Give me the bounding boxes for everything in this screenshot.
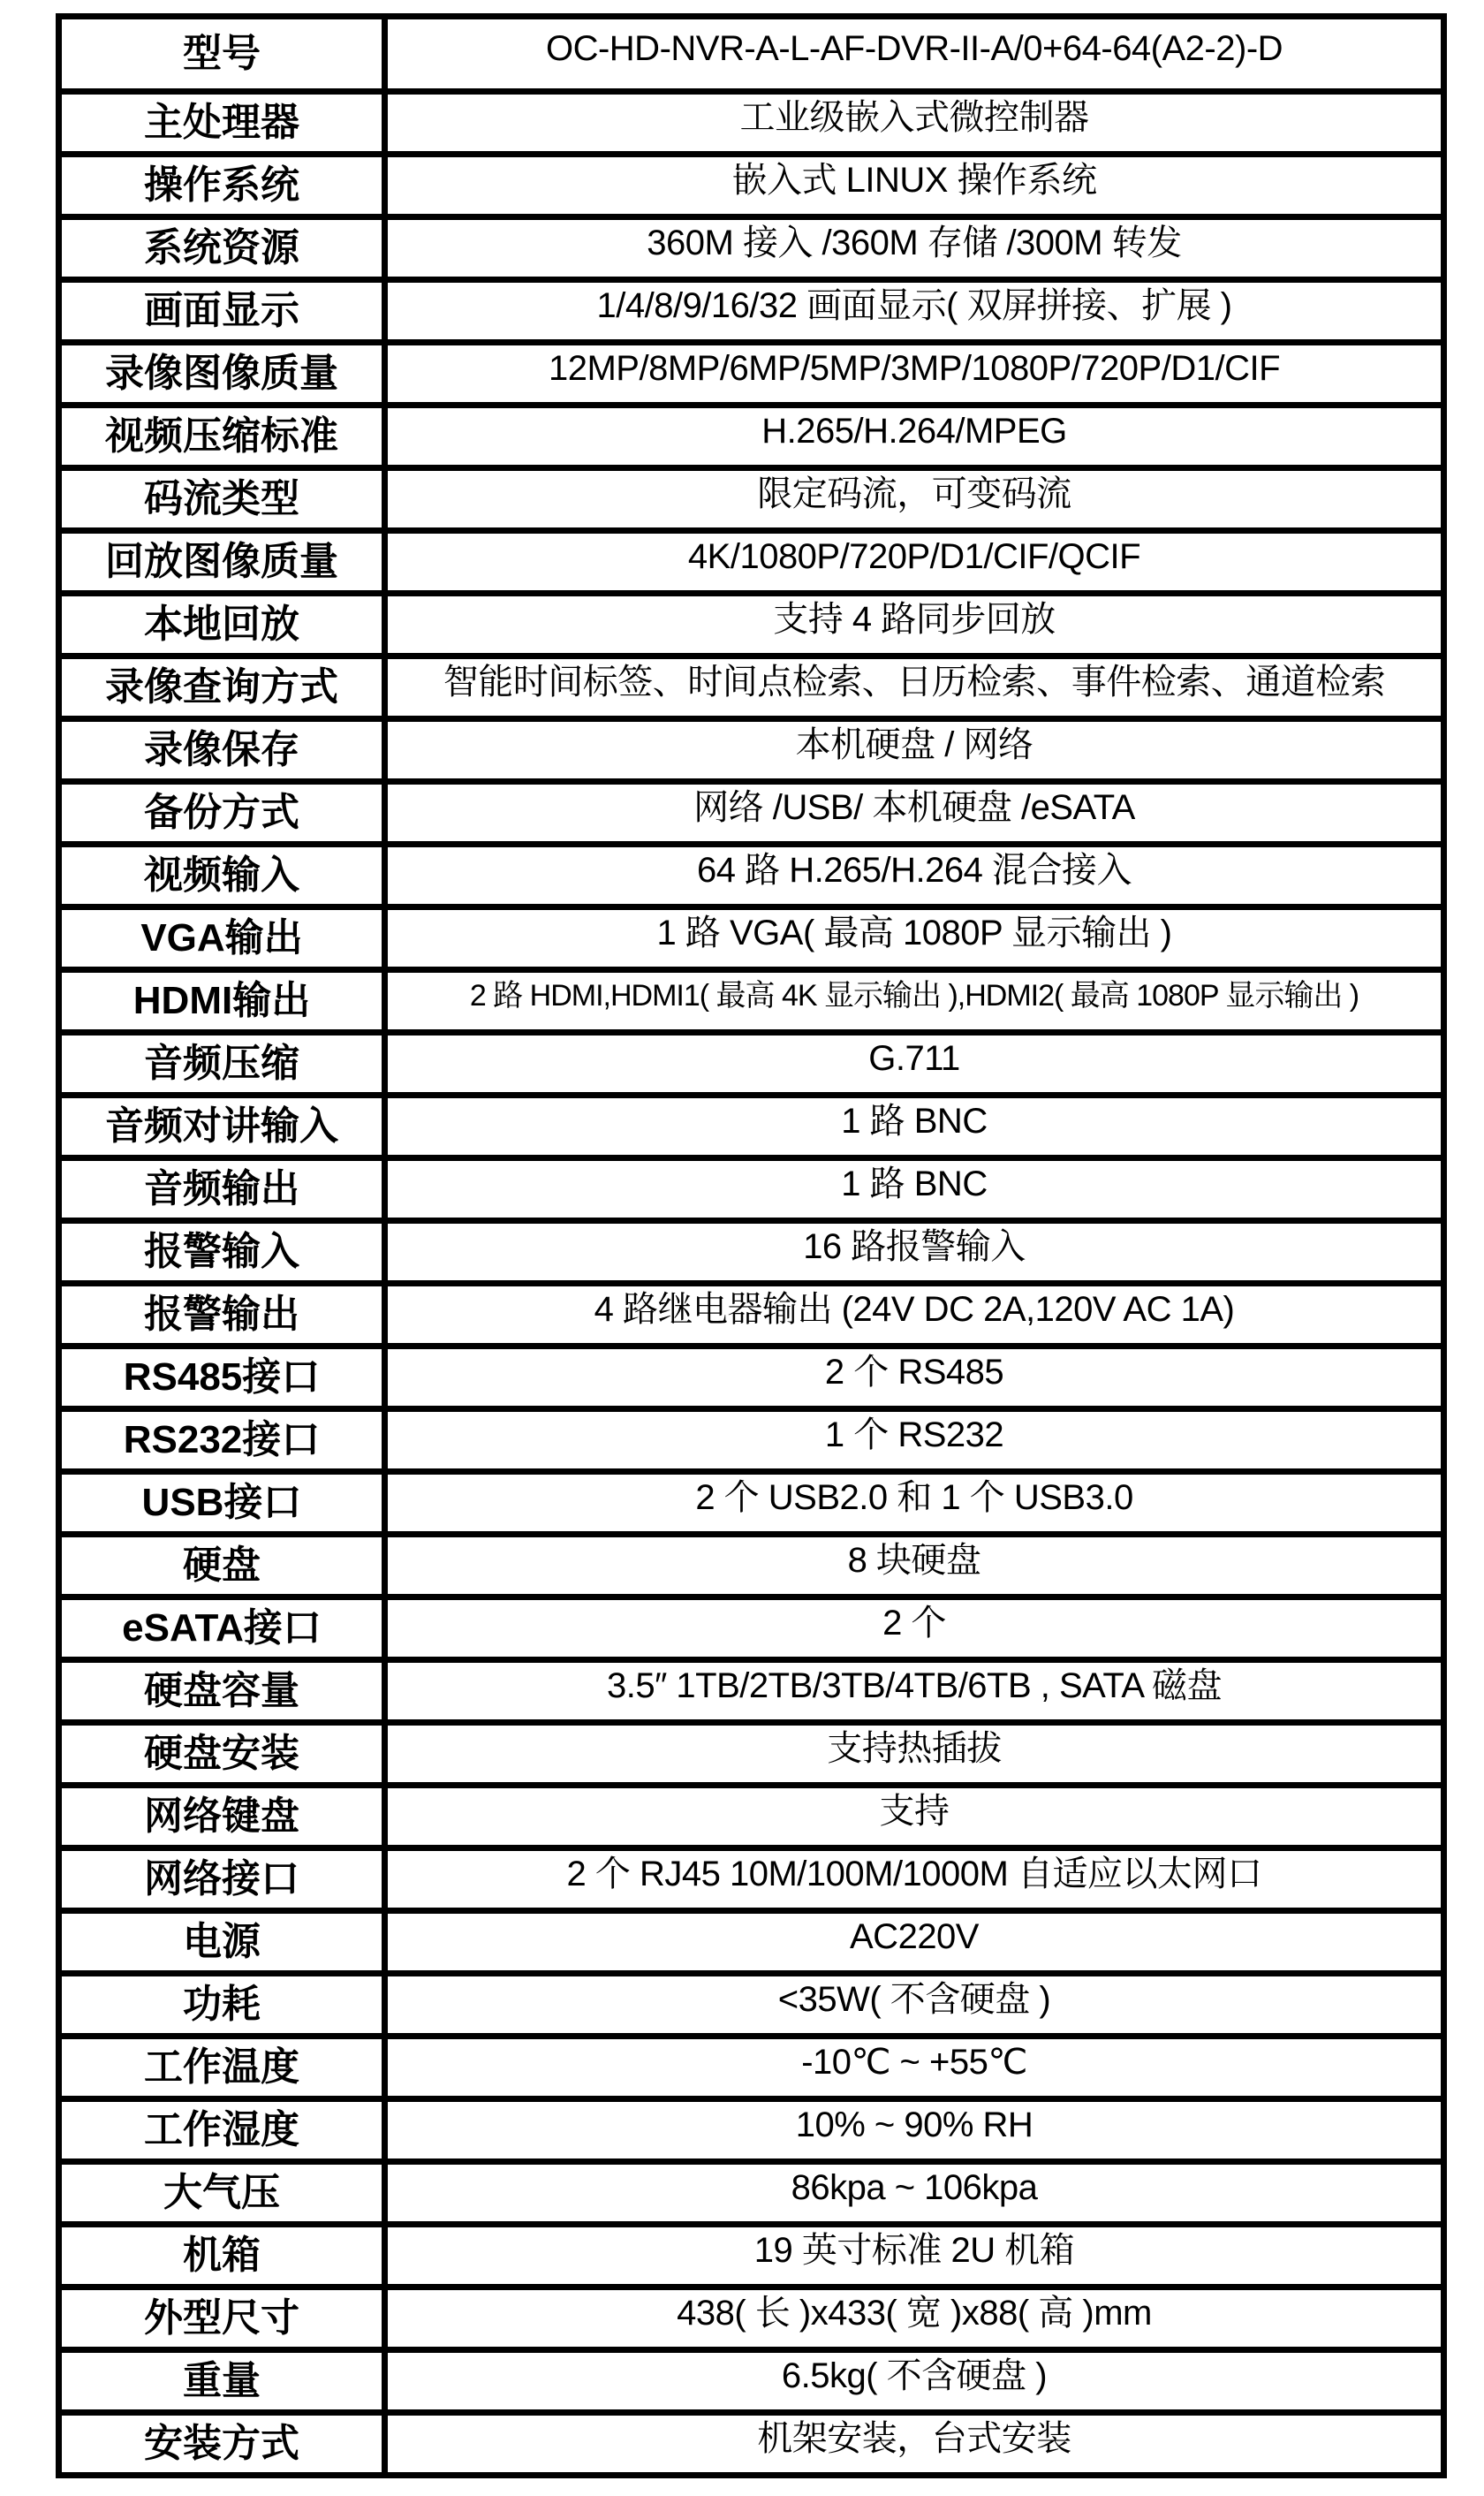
table-row: 网络接口2 个 RJ45 10M/100M/1000M 自适应以太网口 [59,1848,1444,1911]
spec-value: <35W( 不含硬盘 ) [397,1982,1432,2017]
table-row: 音频压缩G.711 [59,1033,1444,1096]
table-row: 大气压86kpa ~ 106kpa [59,2162,1444,2225]
spec-label-cell: 备份方式 [59,782,385,845]
table-row: 型号OC-HD-NVR-A-L-AF-DVR-II-A/0+64-64(A2-2… [59,17,1444,92]
spec-sheet: 型号OC-HD-NVR-A-L-AF-DVR-II-A/0+64-64(A2-2… [56,13,1447,2478]
spec-label: 报警输出 [71,1295,373,1334]
spec-label: 视频输入 [71,856,373,895]
spec-label: 备份方式 [71,793,373,832]
spec-value: 2 个 USB2.0 和 1 个 USB3.0 [397,1480,1432,1515]
spec-label: HDMI输出 [71,982,373,1020]
spec-label: 录像保存 [71,731,373,770]
spec-label-cell: 音频对讲输入 [59,1096,385,1158]
table-row: RS485接口2 个 RS485 [59,1347,1444,1409]
spec-value-cell: 1 个 RS232 [385,1409,1444,1472]
spec-label-cell: 报警输出 [59,1284,385,1347]
spec-value: 4K/1080P/720P/D1/CIF/QCIF [397,539,1432,574]
spec-value: 64 路 H.265/H.264 混合接入 [397,853,1432,888]
spec-label: RS232接口 [71,1421,373,1460]
spec-label: 外型尺寸 [71,2299,373,2338]
spec-label-cell: 系统资源 [59,217,385,280]
table-row: 工作温度-10℃ ~ +55℃ [59,2037,1444,2099]
table-row: 视频压缩标准H.265/H.264/MPEG [59,406,1444,468]
spec-value: 6.5kg( 不含硬盘 ) [397,2358,1432,2394]
spec-label: 录像图像质量 [71,354,373,393]
table-row: 网络键盘支持 [59,1786,1444,1848]
table-row: 硬盘8 块硬盘 [59,1535,1444,1597]
spec-label-cell: 录像查询方式 [59,656,385,719]
spec-value-cell: 64 路 H.265/H.264 混合接入 [385,845,1444,907]
spec-label-cell: 工作温度 [59,2037,385,2099]
spec-label-cell: 大气压 [59,2162,385,2225]
table-row: 工作湿度10% ~ 90% RH [59,2099,1444,2162]
table-row: 备份方式网络 /USB/ 本机硬盘 /eSATA [59,782,1444,845]
spec-label-cell: 功耗 [59,1974,385,2037]
table-row: 回放图像质量4K/1080P/720P/D1/CIF/QCIF [59,531,1444,594]
table-row: 硬盘容量3.5″ 1TB/2TB/3TB/4TB/6TB , SATA 磁盘 [59,1660,1444,1723]
spec-value-cell: 网络 /USB/ 本机硬盘 /eSATA [385,782,1444,845]
spec-value-cell: 2 个 RS485 [385,1347,1444,1409]
spec-label-cell: 录像图像质量 [59,343,385,406]
spec-value: 2 路 HDMI,HDMI1( 最高 4K 显示输出 ),HDMI2( 最高 1… [397,981,1432,1011]
spec-value: 1 路 BNC [397,1166,1432,1202]
spec-label-cell: eSATA接口 [59,1597,385,1660]
spec-label-cell: 工作湿度 [59,2099,385,2162]
spec-label-cell: 录像保存 [59,719,385,782]
spec-value: 1 路 BNC [397,1104,1432,1139]
spec-label-cell: 硬盘安装 [59,1723,385,1786]
spec-value: 工业级嵌入式微控制器 [397,100,1432,135]
table-row: 画面显示1/4/8/9/16/32 画面显示( 双屏拼接、扩展 ) [59,280,1444,343]
table-row: HDMI输出2 路 HDMI,HDMI1( 最高 4K 显示输出 ),HDMI2… [59,970,1444,1033]
spec-label: VGA输出 [71,919,373,958]
spec-value-cell: 本机硬盘 / 网络 [385,719,1444,782]
spec-label: 音频对讲输入 [71,1107,373,1146]
spec-value: AC220V [397,1919,1432,1954]
table-row: 机箱19 英寸标准 2U 机箱 [59,2225,1444,2287]
spec-label: 硬盘容量 [71,1672,373,1711]
spec-label: 录像查询方式 [71,668,373,707]
spec-label: 重量 [71,2362,373,2401]
table-row: 录像保存本机硬盘 / 网络 [59,719,1444,782]
spec-label-cell: 电源 [59,1911,385,1974]
spec-value: 本机硬盘 / 网络 [397,727,1432,762]
spec-value: 网络 /USB/ 本机硬盘 /eSATA [397,790,1432,825]
table-row: 音频对讲输入1 路 BNC [59,1096,1444,1158]
table-row: 视频输入64 路 H.265/H.264 混合接入 [59,845,1444,907]
spec-value-cell: 嵌入式 LINUX 操作系统 [385,155,1444,217]
spec-value: OC-HD-NVR-A-L-AF-DVR-II-A/0+64-64(A2-2)-… [397,31,1432,66]
spec-value-cell: 360M 接入 /360M 存储 /300M 转发 [385,217,1444,280]
spec-label-cell: 码流类型 [59,468,385,531]
table-row: 主处理器工业级嵌入式微控制器 [59,92,1444,155]
table-row: 录像查询方式智能时间标签、时间点检索、日历检索、事件检索、通道检索 [59,656,1444,719]
spec-value: 支持 4 路同步回放 [397,602,1432,637]
spec-label: eSATA接口 [71,1609,373,1648]
spec-value: 1 个 RS232 [397,1417,1432,1453]
spec-label: 报警输入 [71,1233,373,1271]
spec-label: 大气压 [71,2174,373,2212]
spec-value: 86kpa ~ 106kpa [397,2170,1432,2205]
spec-label-cell: 硬盘容量 [59,1660,385,1723]
spec-value-cell: -10℃ ~ +55℃ [385,2037,1444,2099]
spec-value-cell: 支持 4 路同步回放 [385,594,1444,656]
spec-label-cell: 操作系统 [59,155,385,217]
spec-label-cell: 报警输入 [59,1221,385,1284]
spec-value-cell: 2 个 USB2.0 和 1 个 USB3.0 [385,1472,1444,1535]
spec-value-cell: 19 英寸标准 2U 机箱 [385,2225,1444,2287]
spec-label-cell: VGA输出 [59,907,385,970]
spec-value: G.711 [397,1041,1432,1076]
spec-label: 功耗 [71,1985,373,2024]
spec-value-cell: 4K/1080P/720P/D1/CIF/QCIF [385,531,1444,594]
spec-label: 硬盘 [71,1546,373,1585]
spec-label-cell: 网络键盘 [59,1786,385,1848]
table-row: 音频输出1 路 BNC [59,1158,1444,1221]
spec-value: 支持热插拔 [397,1731,1432,1766]
table-row: RS232接口1 个 RS232 [59,1409,1444,1472]
spec-value-cell: 2 个 [385,1597,1444,1660]
table-row: 报警输入16 路报警输入 [59,1221,1444,1284]
spec-value: 19 英寸标准 2U 机箱 [397,2233,1432,2268]
spec-label-cell: 主处理器 [59,92,385,155]
spec-value: 438( 长 )x433( 宽 )x88( 高 )mm [397,2295,1432,2331]
spec-label-cell: 硬盘 [59,1535,385,1597]
spec-value-cell: <35W( 不含硬盘 ) [385,1974,1444,2037]
spec-label: 网络接口 [71,1860,373,1899]
table-row: 本地回放支持 4 路同步回放 [59,594,1444,656]
spec-label-cell: 外型尺寸 [59,2287,385,2350]
spec-value: 8 块硬盘 [397,1543,1432,1578]
spec-value-cell: 机架安装，台式安装 [385,2413,1444,2476]
spec-value: 12MP/8MP/6MP/5MP/3MP/1080P/720P/D1/CIF [397,351,1432,386]
spec-label: 本地回放 [71,605,373,644]
spec-value-cell: 1 路 BNC [385,1158,1444,1221]
spec-value: 4 路继电器输出 (24V DC 2A,120V AC 1A) [397,1292,1432,1327]
spec-label-cell: 回放图像质量 [59,531,385,594]
spec-value-cell: 支持 [385,1786,1444,1848]
spec-label: 回放图像质量 [71,542,373,581]
spec-value-cell: 8 块硬盘 [385,1535,1444,1597]
spec-value-cell: 3.5″ 1TB/2TB/3TB/4TB/6TB , SATA 磁盘 [385,1660,1444,1723]
spec-label: 音频输出 [71,1170,373,1209]
spec-value: 1 路 VGA( 最高 1080P 显示输出 ) [397,915,1432,951]
spec-value-cell: H.265/H.264/MPEG [385,406,1444,468]
spec-label-cell: 型号 [59,17,385,92]
spec-value-cell: 限定码流，可变码流 [385,468,1444,531]
spec-value: 1/4/8/9/16/32 画面显示( 双屏拼接、扩展 ) [397,288,1432,323]
spec-value: 2 个 [397,1605,1432,1641]
spec-value: 限定码流，可变码流 [397,476,1432,512]
table-row: 功耗<35W( 不含硬盘 ) [59,1974,1444,2037]
spec-value: 智能时间标签、时间点检索、日历检索、事件检索、通道检索 [397,664,1432,700]
spec-label: RS485接口 [71,1358,373,1397]
spec-value-cell: 智能时间标签、时间点检索、日历检索、事件检索、通道检索 [385,656,1444,719]
spec-value-cell: 12MP/8MP/6MP/5MP/3MP/1080P/720P/D1/CIF [385,343,1444,406]
spec-label: 工作湿度 [71,2111,373,2150]
spec-label: 画面显示 [71,292,373,330]
spec-value-cell: AC220V [385,1911,1444,1974]
table-row: 操作系统嵌入式 LINUX 操作系统 [59,155,1444,217]
spec-label: 工作温度 [71,2048,373,2087]
spec-label: 视频压缩标准 [71,417,373,456]
spec-value: 嵌入式 LINUX 操作系统 [397,163,1432,198]
spec-value-cell: 438( 长 )x433( 宽 )x88( 高 )mm [385,2287,1444,2350]
table-row: 报警输出4 路继电器输出 (24V DC 2A,120V AC 1A) [59,1284,1444,1347]
spec-label-cell: 音频输出 [59,1158,385,1221]
spec-label: 系统资源 [71,229,373,268]
spec-value: 2 个 RS485 [397,1354,1432,1390]
spec-label-cell: 网络接口 [59,1848,385,1911]
spec-value-cell: 2 路 HDMI,HDMI1( 最高 4K 显示输出 ),HDMI2( 最高 1… [385,970,1444,1033]
spec-value-cell: 6.5kg( 不含硬盘 ) [385,2350,1444,2413]
spec-label-cell: 音频压缩 [59,1033,385,1096]
spec-value: 360M 接入 /360M 存储 /300M 转发 [397,225,1432,261]
spec-value: 机架安装，台式安装 [397,2421,1432,2456]
spec-label-cell: USB接口 [59,1472,385,1535]
spec-label-cell: HDMI输出 [59,970,385,1033]
spec-value: 支持 [397,1794,1432,1829]
spec-value-cell: 4 路继电器输出 (24V DC 2A,120V AC 1A) [385,1284,1444,1347]
spec-value-cell: 86kpa ~ 106kpa [385,2162,1444,2225]
table-row: USB接口2 个 USB2.0 和 1 个 USB3.0 [59,1472,1444,1535]
spec-value-cell: 2 个 RJ45 10M/100M/1000M 自适应以太网口 [385,1848,1444,1911]
table-row: 外型尺寸438( 长 )x433( 宽 )x88( 高 )mm [59,2287,1444,2350]
spec-value: 2 个 RJ45 10M/100M/1000M 自适应以太网口 [397,1856,1432,1892]
spec-label: 操作系统 [71,166,373,205]
spec-label: USB接口 [71,1483,373,1522]
spec-label: 安装方式 [71,2424,373,2463]
spec-label: 音频压缩 [71,1044,373,1083]
spec-label-cell: 安装方式 [59,2413,385,2476]
spec-table: 型号OC-HD-NVR-A-L-AF-DVR-II-A/0+64-64(A2-2… [56,13,1447,2478]
table-row: 电源AC220V [59,1911,1444,1974]
spec-label-cell: RS232接口 [59,1409,385,1472]
spec-label-cell: 机箱 [59,2225,385,2287]
spec-value: -10℃ ~ +55℃ [397,2045,1432,2080]
spec-label: 硬盘安装 [71,1734,373,1773]
spec-label: 型号 [71,34,373,73]
spec-label-cell: 视频输入 [59,845,385,907]
table-row: 重量6.5kg( 不含硬盘 ) [59,2350,1444,2413]
table-row: VGA输出1 路 VGA( 最高 1080P 显示输出 ) [59,907,1444,970]
spec-value-cell: 1 路 VGA( 最高 1080P 显示输出 ) [385,907,1444,970]
spec-value: H.265/H.264/MPEG [397,413,1432,449]
spec-label-cell: 重量 [59,2350,385,2413]
spec-label-cell: 本地回放 [59,594,385,656]
spec-value-cell: G.711 [385,1033,1444,1096]
table-row: 安装方式机架安装，台式安装 [59,2413,1444,2476]
spec-value-cell: 10% ~ 90% RH [385,2099,1444,2162]
spec-label: 机箱 [71,2236,373,2275]
spec-value-cell: 支持热插拔 [385,1723,1444,1786]
spec-label-cell: 画面显示 [59,280,385,343]
spec-label-cell: RS485接口 [59,1347,385,1409]
spec-value: 10% ~ 90% RH [397,2107,1432,2143]
spec-label: 码流类型 [71,480,373,519]
spec-value-cell: OC-HD-NVR-A-L-AF-DVR-II-A/0+64-64(A2-2)-… [385,17,1444,92]
spec-label: 电源 [71,1923,373,1961]
spec-value: 3.5″ 1TB/2TB/3TB/4TB/6TB , SATA 磁盘 [397,1668,1432,1703]
table-row: eSATA接口2 个 [59,1597,1444,1660]
spec-value-cell: 工业级嵌入式微控制器 [385,92,1444,155]
spec-label: 主处理器 [71,103,373,142]
spec-value-cell: 16 路报警输入 [385,1221,1444,1284]
spec-value: 16 路报警输入 [397,1229,1432,1264]
table-row: 录像图像质量12MP/8MP/6MP/5MP/3MP/1080P/720P/D1… [59,343,1444,406]
table-row: 码流类型限定码流，可变码流 [59,468,1444,531]
table-row: 系统资源360M 接入 /360M 存储 /300M 转发 [59,217,1444,280]
spec-label: 网络键盘 [71,1797,373,1836]
spec-label-cell: 视频压缩标准 [59,406,385,468]
table-row: 硬盘安装支持热插拔 [59,1723,1444,1786]
spec-value-cell: 1/4/8/9/16/32 画面显示( 双屏拼接、扩展 ) [385,280,1444,343]
spec-value-cell: 1 路 BNC [385,1096,1444,1158]
